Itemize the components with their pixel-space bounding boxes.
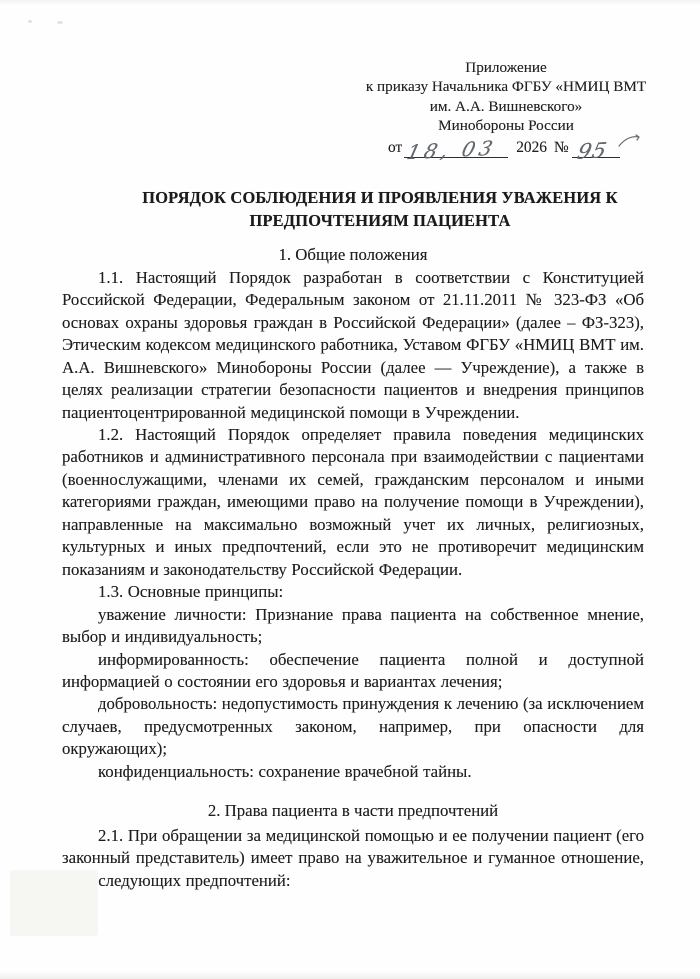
document-page: Приложение к приказу Начальника ФГБУ «НМ… [0,0,700,979]
principle-informedness: информированность: обеспечение пациента … [62,649,644,694]
paragraph-1-1: 1.1. Настоящий Порядок разработан в соот… [62,267,644,424]
document-title: ПОРЯДОК СОБЛЮДЕНИЯ И ПРОЯВЛЕНИЯ УВАЖЕНИЯ… [124,186,636,232]
date-prefix: от [388,138,402,158]
approval-header: Приложение к приказу Начальника ФГБУ «НМ… [358,58,654,158]
approval-header-line: Минобороны России [358,116,654,135]
order-year: 2026 [516,138,547,158]
scan-smudge-artifact [10,870,98,936]
date-blank-underline: 18, 03 [404,138,508,158]
section-heading-general-provisions: 1. Общие положения [62,244,644,266]
paragraph-2-1: 2.1. При обращении за медицинской помощь… [62,825,644,892]
principle-respect: уважение личности: Признание права пацие… [62,604,644,649]
number-sign: № [554,138,569,158]
paragraph-1-3: 1.3. Основные принципы: [62,581,644,603]
number-blank-underline: 95 [572,138,620,158]
handwritten-order-number: 95 [575,140,609,161]
scan-speck [28,20,32,23]
order-date-line: от 18, 03 2026 № 95 [358,138,654,158]
principle-voluntariness: добровольность: недопустимость принужден… [62,693,644,760]
approval-header-line: к приказу Начальника ФГБУ «НМИЦ ВМТ [358,77,654,96]
principle-confidentiality: конфиденциальность: сохранение врачебной… [62,761,644,783]
section-heading-patient-rights: 2. Права пациента в части предпочтений [62,800,644,822]
scan-top-edge-artifact [0,0,700,5]
scan-bottom-edge-artifact [0,972,700,979]
handwritten-date: 18, 03 [405,137,499,162]
approval-header-line: им. А.А. Вишневского» [358,97,654,116]
approval-header-line: Приложение [358,58,654,77]
scan-speck [57,21,63,24]
pen-stroke-flourish [618,134,642,148]
paragraph-1-2: 1.2. Настоящий Порядок определяет правил… [62,424,644,581]
